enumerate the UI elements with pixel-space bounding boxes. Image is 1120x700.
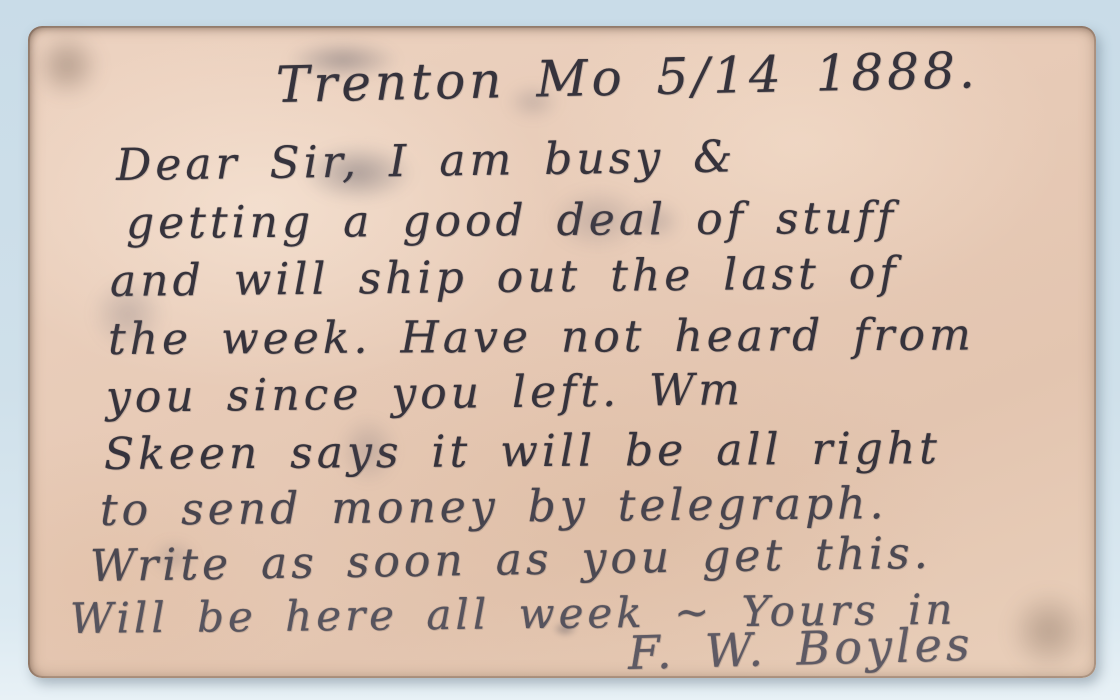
postcard: Trenton Mo 5/14 1888. Dear Sir, I am bus…	[28, 26, 1096, 678]
handwriting-signature: F. W. Boyles	[627, 617, 974, 680]
handwriting-line: you since you left. Wm	[106, 364, 745, 423]
corner-wear	[994, 576, 1104, 686]
handwriting-line: Write as soon as you get this.	[90, 528, 932, 592]
handwriting-line: Dear Sir, I am busy &	[116, 131, 737, 191]
photo-background: Trenton Mo 5/14 1888. Dear Sir, I am bus…	[0, 0, 1120, 700]
corner-wear	[22, 20, 112, 110]
handwriting-line: Skeen says it will be all right	[104, 423, 941, 480]
handwriting-dateline: Trenton Mo 5/14 1888.	[275, 41, 979, 114]
handwriting-line: getting a good deal of stuff	[126, 193, 897, 249]
handwriting-line: the week. Have not heard from	[108, 309, 975, 365]
handwriting-line: and will ship out the last of	[110, 248, 900, 307]
handwriting-line: to send money by telegraph.	[100, 478, 888, 536]
